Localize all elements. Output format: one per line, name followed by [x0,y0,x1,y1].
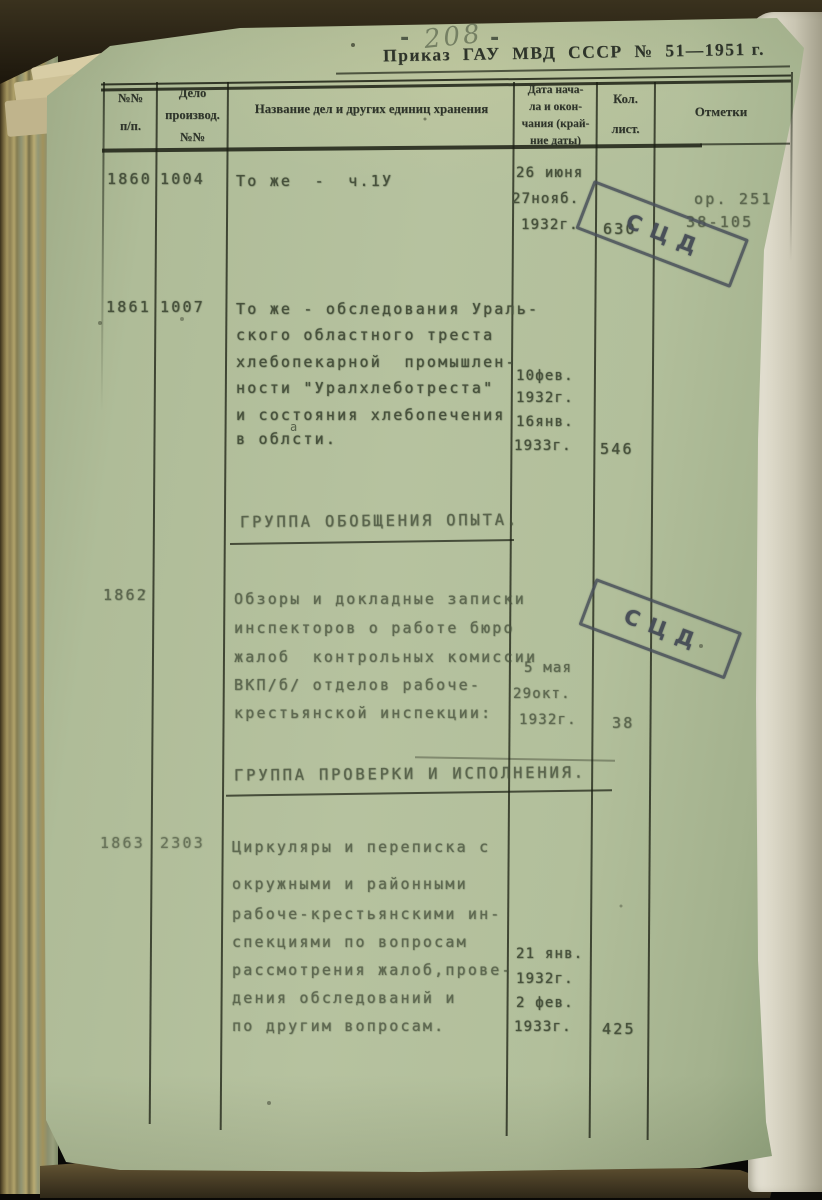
archival-inventory-page: - 208 - Приказ ГАУ МВД СССР № 51—1951 г.… [0,0,822,1200]
row-1861-title-line: хлебопекарной промышлен- [236,353,517,371]
row-1861-title-line: ности "Уралхлеботреста" [236,379,494,397]
col-header-dates-line2: ла и окон- [514,101,597,113]
col-header-delo-line1: Дело [157,86,228,101]
row-1861-title-line: в облсти. [236,430,337,448]
col-header-dates-line1: Дата нача- [514,84,597,96]
row-1862-date-line: 5 мая [524,660,572,676]
row-1861-sheet-count: 546 [600,440,634,458]
col-header-num-line1: №№ [104,91,157,106]
row-1862-entry-number: 1862 [103,586,148,604]
row-1863-date-line: 1933г. [514,1019,572,1035]
row-1862-date-line: 1932г. [519,712,577,728]
row-1860-title-line: То же - ч.1У [236,172,393,190]
col-header-delo-line2: производ. [157,108,228,123]
row-1863-entry-number: 1863 [100,834,145,852]
row-1861-date-line: 16янв. [516,414,574,430]
row-1862-date-line: 29окт. [513,686,571,702]
section-heading: ГРУППА ПРОВЕРКИ И ИСПОЛНЕНИЯ. [234,763,586,784]
row-1863-case-number: 2303 [160,834,205,852]
col-header-num-line2: п/п. [104,119,157,134]
col-header-sheets-line1: Кол. [597,92,654,107]
row-1861-case-number: 1007 [160,298,205,316]
col-header-sheets-line2: лист. [597,122,654,137]
section-heading: ГРУППА ОБОБЩЕНИЯ ОПЫТА. [240,511,519,531]
row-1862-title-line: ВКП/б/ отделов рабоче- [234,676,481,694]
row-1861-entry-number: 1861 [106,298,151,316]
row-1863-sheet-count: 425 [602,1020,636,1038]
row-1863-title-line: окружными и районными [232,875,468,893]
row-1861-title-line: То же - обследования Ураль- [236,300,539,318]
row-1862-title-line: жалоб контрольных комиссии [234,648,537,666]
row-1861-date-line: 1932г. [516,390,574,406]
row-1863-date-line: 1932г. [516,971,574,987]
row-1863-title-line: Циркуляры и переписка с [232,838,490,856]
row-1860-date-line: 27нояб. [512,191,579,207]
row-1862-sheet-count: 38 [612,714,634,732]
row-1860-date-line: 26 июня [516,165,583,181]
row-1860-date-line: 1932г. [521,217,579,233]
col-header-name: Название дел и других единиц хранения [230,102,513,117]
col-header-dates-line3: чания (край- [514,118,597,130]
row-1860-case-number: 1004 [160,170,205,188]
row-1862-title-line: инспекторов о работе бюро [234,619,515,637]
row-1863-title-line: рассмотрения жалоб,прове- [232,961,513,979]
row-1863-date-line: 2 фев. [516,995,574,1011]
col-header-delo-line3: №№ [157,130,228,145]
row-1863-date-line: 21 янв. [516,946,583,962]
row-1861-title-line: и состояния хлебопечения [236,406,506,424]
row-1863-title-line: по другим вопросам. [232,1017,445,1035]
row-1863-title-line: рабоче-крестьянскими ин- [232,905,502,923]
row-1860-entry-number: 1860 [107,170,152,188]
col-header-marks: Отметки [656,104,786,120]
col-header-dates-line4: ние даты) [514,135,597,147]
row-1861-title-line: ского областного треста [236,326,494,344]
row-1861-date-line: 1933г. [514,438,572,454]
row-1862-title-line: Обзоры и докладные записки [234,590,526,608]
row-1862-title-line: крестьянской инспекции: [234,704,492,722]
row-1861-date-line: 10фев. [516,368,574,384]
row-1860-marks-line: ор. 251 [694,190,773,208]
paper-specks [0,0,2,2]
row-1863-title-line: дения обследований и [232,989,457,1007]
row-1861-inserted-letter: а [290,420,297,434]
row-1863-title-line: спекциями по вопросам [232,933,468,951]
